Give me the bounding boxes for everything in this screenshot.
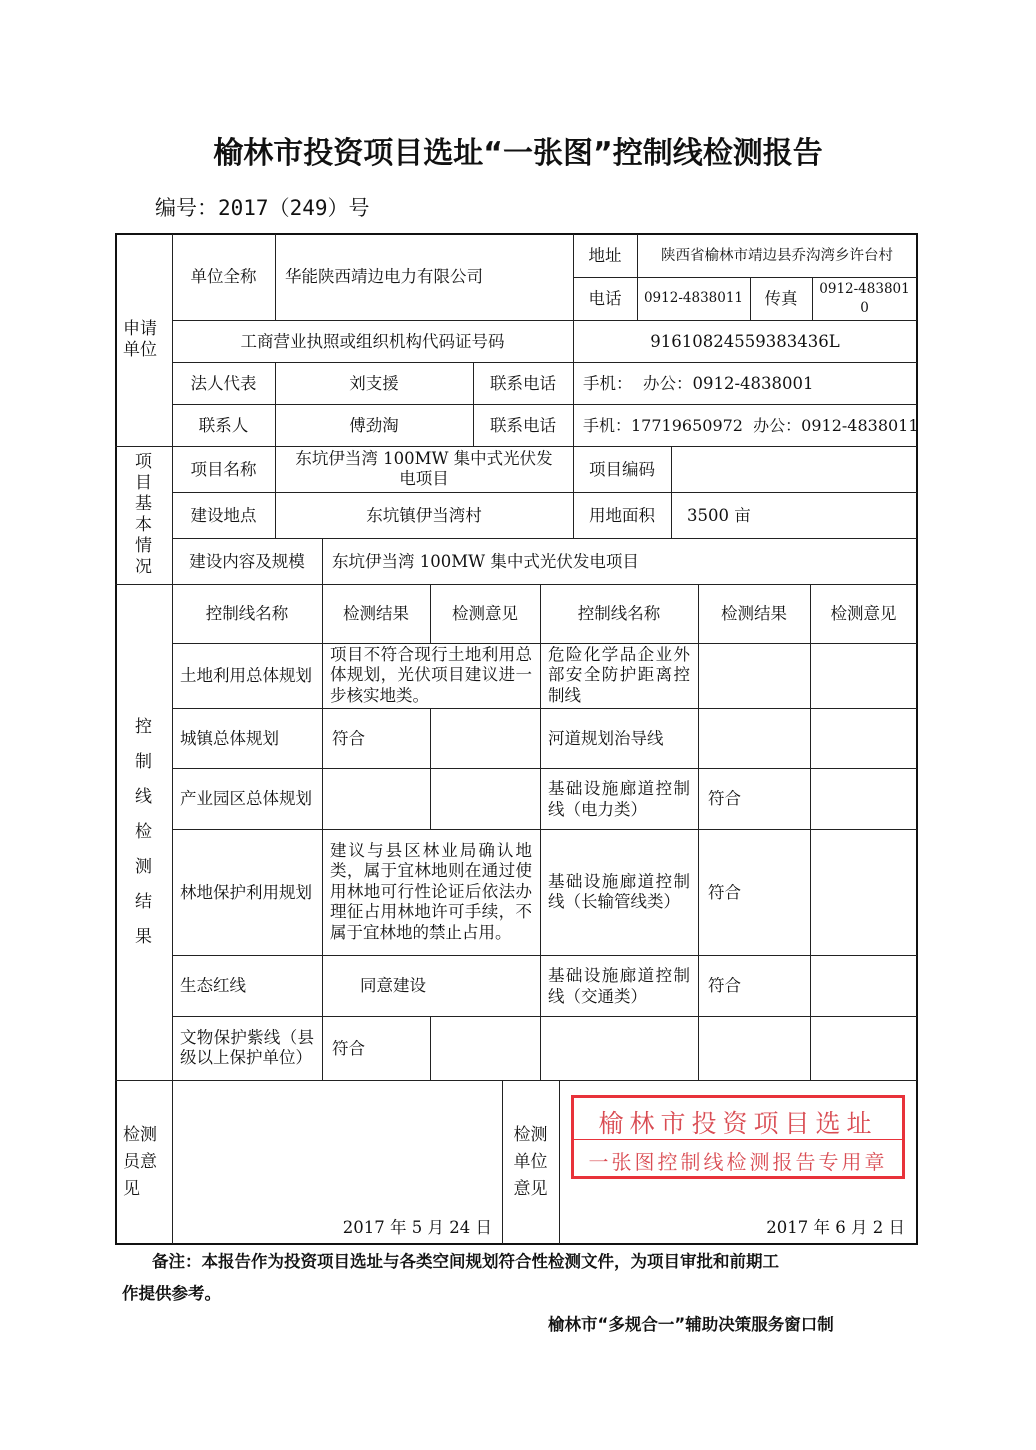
header-result: 检测结果	[322, 584, 430, 643]
control-result: 建议与县区林业局确认地类，属于宜林地则在通过使用林地可行性论证后依法办理征占用林…	[322, 829, 540, 955]
header-control-line-name: 控制线名称	[172, 584, 322, 643]
control-opinion	[810, 768, 917, 829]
header-result: 检测结果	[698, 584, 810, 643]
control-line-name	[540, 1016, 698, 1080]
scope-value: 东坑伊当湾 100MW 集中式光伏发电项目	[322, 538, 917, 584]
control-line-name: 土地利用总体规划	[172, 643, 322, 708]
location-value: 东坑镇伊当湾村	[275, 492, 573, 538]
control-result	[698, 1016, 810, 1080]
inspector-opinion-label: 检测员意见	[119, 1080, 172, 1244]
control-opinion	[430, 1016, 540, 1080]
header-control-line-name: 控制线名称	[540, 584, 698, 643]
unit-opinion-label: 检测单位意见	[502, 1080, 559, 1244]
header-opinion: 检测意见	[810, 584, 917, 643]
control-line-name: 危险化学品企业外部安全防护距离控制线	[540, 643, 698, 708]
phone-label: 电话	[573, 277, 637, 320]
legal-rep-label: 法人代表	[172, 362, 275, 404]
control-line-name: 产业园区总体规划	[172, 768, 322, 829]
area-value: 3500 亩	[671, 492, 917, 538]
control-result: 符合	[322, 708, 430, 768]
unit-name-label: 单位全称	[172, 234, 275, 320]
control-result: 符合	[698, 829, 810, 955]
control-opinion	[810, 1016, 917, 1080]
control-result	[698, 708, 810, 768]
document-number: 编号：2017（249）号	[155, 192, 370, 222]
legal-rep-phone-label: 联系电话	[473, 362, 573, 404]
note-line-1: 备注：本报告作为投资项目选址与各类空间规划符合性检测文件，为项目审批和前期工	[152, 1248, 779, 1272]
control-opinion	[430, 708, 540, 768]
report-title: 榆林市投资项目选址“一张图”控制线检测报告	[0, 128, 1036, 172]
project-code-label: 项目编码	[573, 446, 671, 492]
control-line-name: 文物保护紫线（县级以上保护单位）	[172, 1016, 322, 1080]
contact-label: 联系人	[172, 404, 275, 446]
inspector-date: 2017 年 5 月 24 日	[172, 1080, 502, 1244]
contact-phone-value: 手机：17719650972 办公：0912-4838011	[573, 404, 917, 446]
project-name-label: 项目名称	[172, 446, 275, 492]
seal-line-1: 榆林市投资项目选址	[574, 1104, 902, 1140]
control-result: 符合	[322, 1016, 430, 1080]
project-name-value: 东坑伊当湾 100MW 集中式光伏发电项目	[275, 446, 573, 492]
contact-value: 傅劲淘	[275, 404, 473, 446]
area-label: 用地面积	[573, 492, 671, 538]
header-opinion: 检测意见	[430, 584, 540, 643]
control-opinion	[810, 955, 917, 1016]
control-result	[322, 768, 430, 829]
control-line-name: 河道规划治导线	[540, 708, 698, 768]
control-opinion	[810, 708, 917, 768]
seal-divider	[574, 1139, 902, 1140]
scope-label: 建设内容及规模	[172, 538, 322, 584]
control-opinion	[430, 768, 540, 829]
issuer: 榆林市“多规合一”辅助决策服务窗口制	[548, 1311, 834, 1335]
license-label: 工商营业执照或组织机构代码证号码	[172, 320, 573, 362]
location-label: 建设地点	[172, 492, 275, 538]
control-line-name: 基础设施廊道控制线（交通类）	[540, 955, 698, 1016]
control-line-name: 林地保护利用规划	[172, 829, 322, 955]
unit-name-value: 华能陕西靖边电力有限公司	[275, 234, 573, 320]
note-line-2: 作提供参考。	[122, 1280, 221, 1304]
legal-rep-phone-value: 手机： 办公：0912-4838001	[573, 362, 917, 404]
control-result: 符合	[698, 768, 810, 829]
official-seal: 榆林市投资项目选址 一张图控制线检测报告专用章	[571, 1095, 905, 1179]
control-result: 项目不符合现行土地利用总体规划，光伏项目建议进一步核实地类。	[322, 643, 540, 708]
address-label: 地址	[573, 234, 637, 277]
section-label-control: 控制线检测结果	[117, 584, 172, 1080]
project-code-value	[671, 446, 917, 492]
control-result	[698, 643, 810, 708]
section-label-applicant: 申请单位	[117, 234, 172, 446]
control-result: 符合	[698, 955, 810, 1016]
control-line-name: 城镇总体规划	[172, 708, 322, 768]
control-opinion	[810, 829, 917, 955]
control-line-name: 生态红线	[172, 955, 322, 1016]
address-value: 陕西省榆林市靖边县乔沟湾乡许台村	[637, 234, 917, 277]
section-label-project: 项目基本情况	[117, 446, 172, 584]
fax-value: 0912-4838010	[812, 277, 917, 320]
phone-value: 0912-4838011	[637, 277, 750, 320]
seal-line-2: 一张图控制线检测报告专用章	[574, 1146, 902, 1175]
contact-phone-label: 联系电话	[473, 404, 573, 446]
control-result: 同意建设	[322, 955, 540, 1016]
control-line-name: 基础设施廊道控制线（长输管线类）	[540, 829, 698, 955]
control-opinion	[810, 643, 917, 708]
legal-rep-value: 刘支援	[275, 362, 473, 404]
control-line-name: 基础设施廊道控制线（电力类）	[540, 768, 698, 829]
fax-label: 传真	[750, 277, 812, 320]
license-value: 91610824559383436L	[573, 320, 917, 362]
